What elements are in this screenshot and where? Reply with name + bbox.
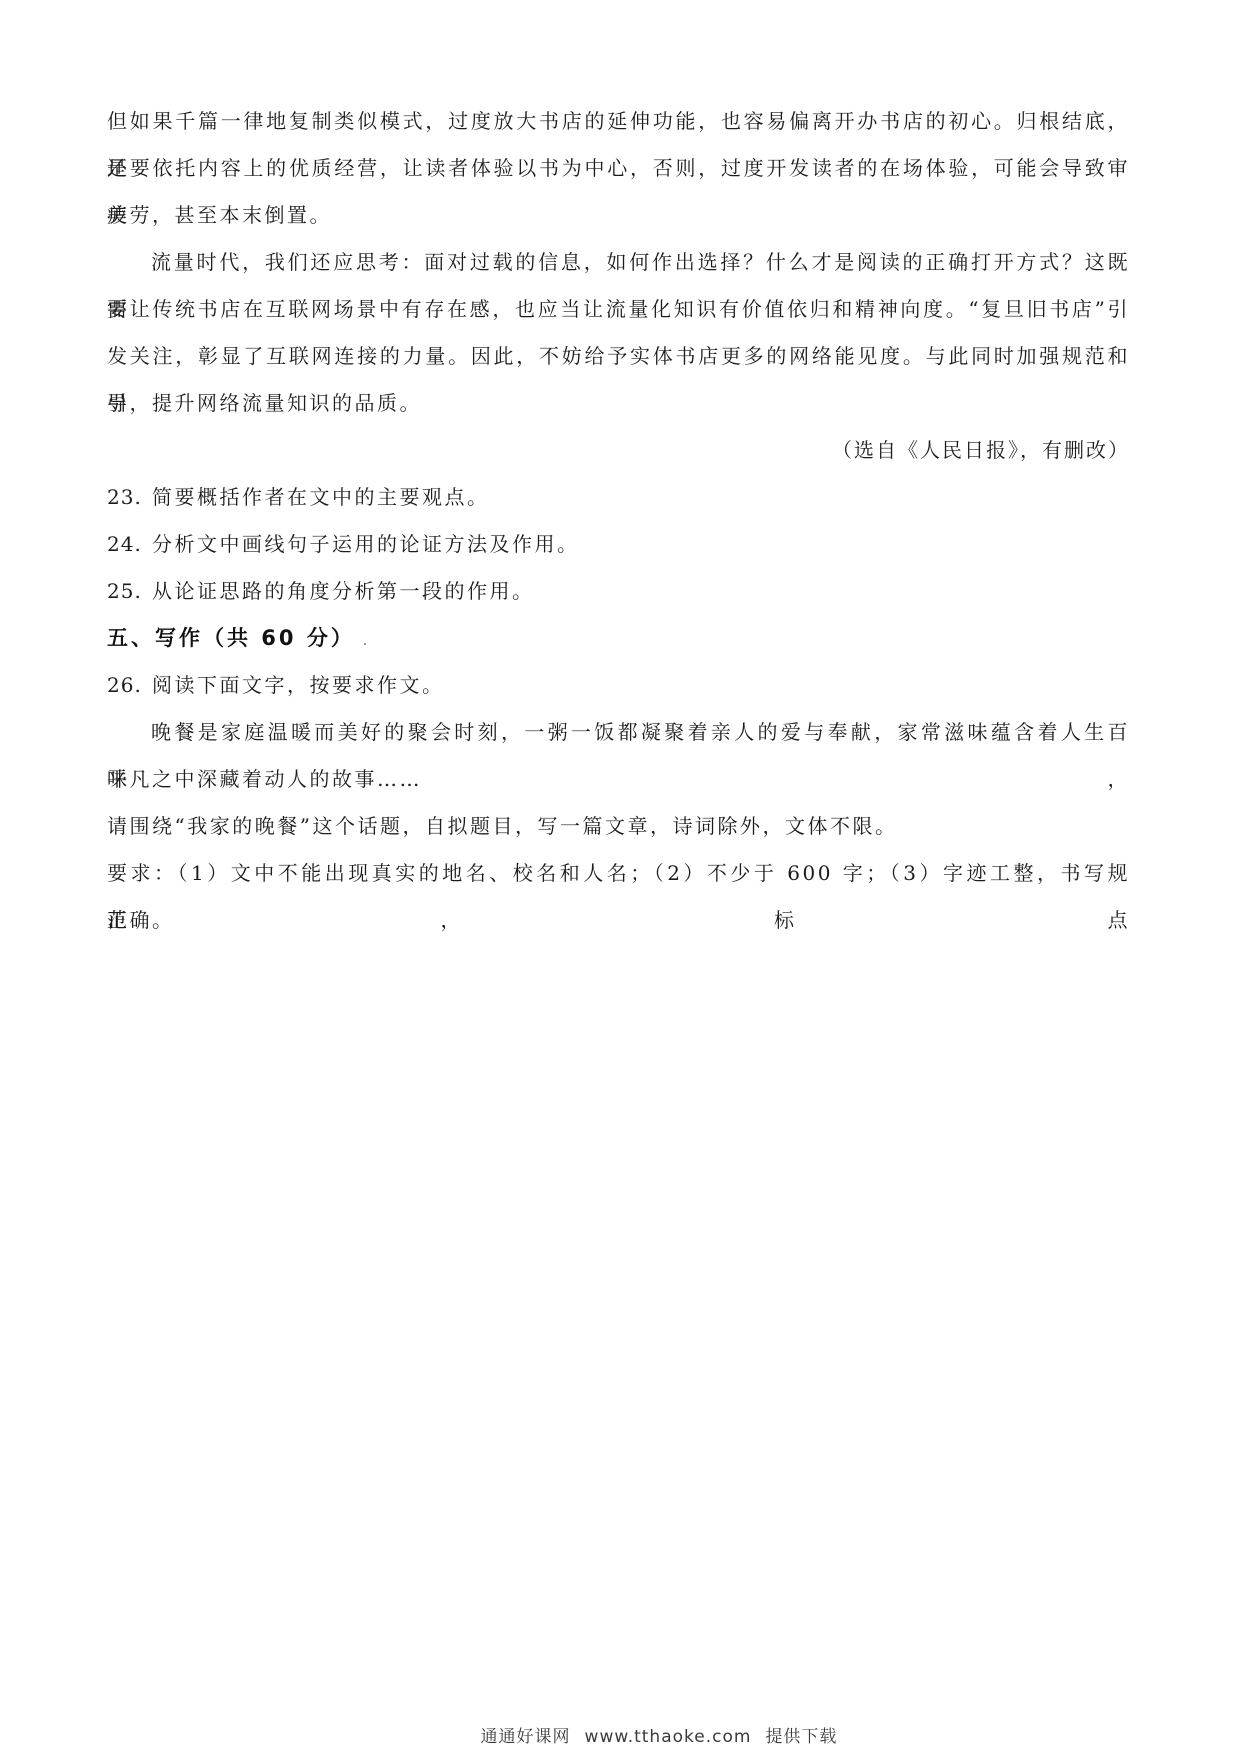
task-line: 请围绕“我家的晚餐”这个话题，自拟题目，写一篇文章，诗词除外，文体不限。	[107, 803, 1130, 850]
footer-watermark: 通通好课网www.tthaoke.com提供下载	[0, 1722, 1240, 1747]
question-number: 24.	[107, 521, 152, 568]
stray-period-mark: .	[363, 634, 367, 649]
source-attribution: （选自《人民日报》，有删改）	[107, 427, 1130, 474]
question-25: 25.从论证思路的角度分析第一段的作用。	[107, 568, 1130, 615]
body-line: 流量时代，我们还应思考：面对过载的信息，如何作出选择？什么才是阅读的正确打开方式…	[107, 239, 1130, 286]
question-24: 24.分析文中画线句子运用的论证方法及作用。	[107, 521, 1130, 568]
body-line: 疲劳，甚至本末倒置。	[107, 192, 1130, 239]
question-number: 26.	[107, 662, 152, 709]
footer-suffix: 提供下载	[765, 1727, 837, 1747]
body-line: 是要依托内容上的优质经营，让读者体验以书为中心，否则，过度开发读者的在场体验，可…	[107, 145, 1130, 192]
question-text: 简要概括作者在文中的主要观点。	[152, 485, 490, 509]
page-content: 但如果千篇一律地复制类似模式，过度放大书店的延伸功能，也容易偏离开办书店的初心。…	[107, 98, 1130, 944]
body-line: 要让传统书店在互联网场景中有存在感，也应当让流量化知识有价值依归和精神向度。“复…	[107, 286, 1130, 333]
body-line: 发关注，彰显了互联网连接的力量。因此，不妨给予实体书店更多的网络能见度。与此同时…	[107, 333, 1130, 380]
question-text: 分析文中画线句子运用的论证方法及作用。	[152, 532, 580, 556]
question-26: 26.阅读下面文字，按要求作文。	[107, 662, 1130, 709]
section-header-writing: 五、写作（共 60 分）.	[107, 615, 1130, 662]
body-line: 但如果千篇一律地复制类似模式，过度放大书店的延伸功能，也容易偏离开办书店的初心。…	[107, 98, 1130, 145]
question-23: 23.简要概括作者在文中的主要观点。	[107, 474, 1130, 521]
body-line: 导，提升网络流量知识的品质。	[107, 380, 1130, 427]
section-title: 五、写作（共 60 分）	[107, 626, 355, 650]
question-text: 从论证思路的角度分析第一段的作用。	[152, 579, 535, 603]
question-text: 阅读下面文字，按要求作文。	[152, 673, 445, 697]
question-number: 25.	[107, 568, 152, 615]
footer-site-name: 通通好课网	[481, 1727, 571, 1747]
requirements-line: 要求：（1）文中不能出现真实的地名、校名和人名；（2）不少于 600 字；（3）…	[107, 850, 1130, 897]
exam-paper-page: 但如果千篇一律地复制类似模式，过度放大书店的延伸功能，也容易偏离开办书店的初心。…	[0, 0, 1240, 1754]
question-number: 23.	[107, 474, 152, 521]
essay-prompt-line: 晚餐是家庭温暖而美好的聚会时刻，一粥一饭都凝聚着亲人的爱与奉献，家常滋味蕴含着人…	[107, 709, 1130, 756]
footer-url: www.tthaoke.com	[585, 1727, 752, 1747]
